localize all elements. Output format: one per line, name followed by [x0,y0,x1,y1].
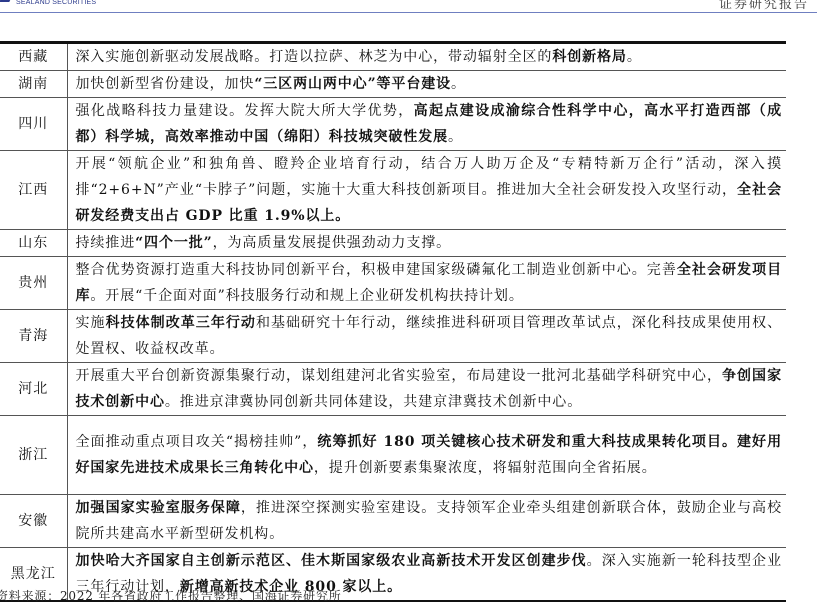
policy-segment: 实施 [76,315,106,331]
province-name: 西藏 [0,43,67,71]
brand-name: SEALAND SECURITIES [16,0,96,6]
table-row: 浙江全面推动重点项目攻关“揭榜挂帅”，统筹抓好 180 项关键核心技术研发和重大… [0,416,786,495]
province-policy-table: 西藏深入实施创新驱动发展战略。打造以拉萨、林芝为中心，带动辐射全区的科创新格局。… [0,41,786,602]
policy-segment: 加快创新型省份建设，加快 [76,76,255,92]
policy-segment: 。推进京津冀协同创新共同体建设，共建京津冀技术创新中心。 [165,394,582,410]
sealand-logo-icon [0,0,10,5]
province-name: 浙江 [0,416,67,495]
policy-segment: 开展“领航企业”和独角兽、瞪羚企业培育行动，结合万人助万企及“专精特新万企行”活… [76,156,783,198]
policy-text: 持续推进“四个一批”，为高质量发展提供强劲动力支撑。 [67,230,786,257]
policy-text: 全面推动重点项目攻关“揭榜挂帅”，统筹抓好 180 项关键核心技术研发和重大科技… [67,416,786,495]
table-row: 山东持续推进“四个一批”，为高质量发展提供强劲动力支撑。 [0,230,786,257]
province-name: 贵州 [0,257,67,310]
table-row: 江西开展“领航企业”和独角兽、瞪羚企业培育行动，结合万人助万企及“专精特新万企行… [0,151,786,230]
policy-text: 加强国家实验室服务保障，推进深空探测实验室建设。支持领军企业牵头组建创新联合体，… [67,495,786,548]
policy-segment: ，为高质量发展提供强劲动力支撑。 [213,235,451,251]
province-name: 湖南 [0,71,67,98]
policy-segment: 深入实施创新驱动发展战略。打造以拉萨、林芝为中心，带动辐射全区的 [76,49,553,65]
table-row: 贵州整合优势资源打造重大科技协同创新平台，积极申建国家级磷氟化工制造业创新中心。… [0,257,786,310]
table-row: 四川强化战略科技力量建设。发挥大院大所大学优势，高起点建设成渝综合性科学中心，高… [0,98,786,151]
policy-segment: 。 [627,49,642,65]
province-name: 四川 [0,98,67,151]
document-type-label: 证券研究报告 [719,0,809,12]
policy-segment: 。开展“千企面对面”科技服务行动和规上企业研发机构扶持计划。 [90,288,523,304]
policy-segment: 强化战略科技力量建设。发挥大院大所大学优势， [76,103,414,119]
policy-segment: 全面推动重点项目攻关“揭榜挂帅”， [76,434,318,450]
sealand-logo: SEALAND SECURITIES [0,0,96,7]
policy-segment: 整合优势资源打造重大科技协同创新平台，积极申建国家级磷氟化工制造业创新中心。完善 [76,262,677,278]
province-name: 河北 [0,363,67,416]
policy-highlight: 加快哈大齐国家自主创新示范区、佳木斯国家级农业高新技术开发区创建步伐 [76,553,587,569]
province-name: 安徽 [0,495,67,548]
table-row: 青海实施科技体制改革三年行动和基础研究十年行动，继续推进科研项目管理改革试点，深… [0,310,786,363]
policy-highlight: “三区两山两中心”等平台建设 [254,76,451,92]
policy-text: 整合优势资源打造重大科技协同创新平台，积极申建国家级磷氟化工制造业创新中心。完善… [67,257,786,310]
policy-text: 强化战略科技力量建设。发挥大院大所大学优势，高起点建设成渝综合性科学中心，高水平… [67,98,786,151]
policy-highlight: 科创新格局 [552,49,627,65]
policy-segment: 开展重大平台创新资源集聚行动，谋划组建河北省实验室，布局建设一批河北基础学科研究… [76,368,722,384]
province-name: 江西 [0,151,67,230]
policy-segment: ，提升创新要素集聚浓度，将辐射范围向全省拓展。 [314,460,657,476]
policy-text: 加快创新型省份建设，加快“三区两山两中心”等平台建设。 [67,71,786,98]
policy-text: 深入实施创新驱动发展战略。打造以拉萨、林芝为中心，带动辐射全区的科创新格局。 [67,43,786,71]
policy-text: 实施科技体制改革三年行动和基础研究十年行动，继续推进科研项目管理改革试点，深化科… [67,310,786,363]
table-row: 湖南加快创新型省份建设，加快“三区两山两中心”等平台建设。 [0,71,786,98]
province-name: 山东 [0,230,67,257]
policy-text: 开展“领航企业”和独角兽、瞪羚企业培育行动，结合万人助万企及“专精特新万企行”活… [67,151,786,230]
policy-highlight: “四个一批” [135,235,213,251]
policy-highlight: 加强国家实验室服务保障 [76,500,241,516]
page-header: SEALAND SECURITIES 证券研究报告 [0,0,817,13]
province-name: 青海 [0,310,67,363]
policy-highlight: 科技体制改革三年行动 [106,315,256,331]
table-row: 河北开展重大平台创新资源集聚行动，谋划组建河北省实验室，布局建设一批河北基础学科… [0,363,786,416]
policy-segment: 。 [451,76,466,92]
table-row: 安徽加强国家实验室服务保障，推进深空探测实验室建设。支持领军企业牵头组建创新联合… [0,495,786,548]
source-note: 资料来源：2022 年各省政府工作报告整理、国海证券研究所 [0,587,342,602]
policy-segment: 。 [448,129,463,145]
policy-text: 开展重大平台创新资源集聚行动，谋划组建河北省实验室，布局建设一批河北基础学科研究… [67,363,786,416]
policy-segment: 持续推进 [76,235,136,251]
table-row: 西藏深入实施创新驱动发展战略。打造以拉萨、林芝为中心，带动辐射全区的科创新格局。 [0,43,786,71]
